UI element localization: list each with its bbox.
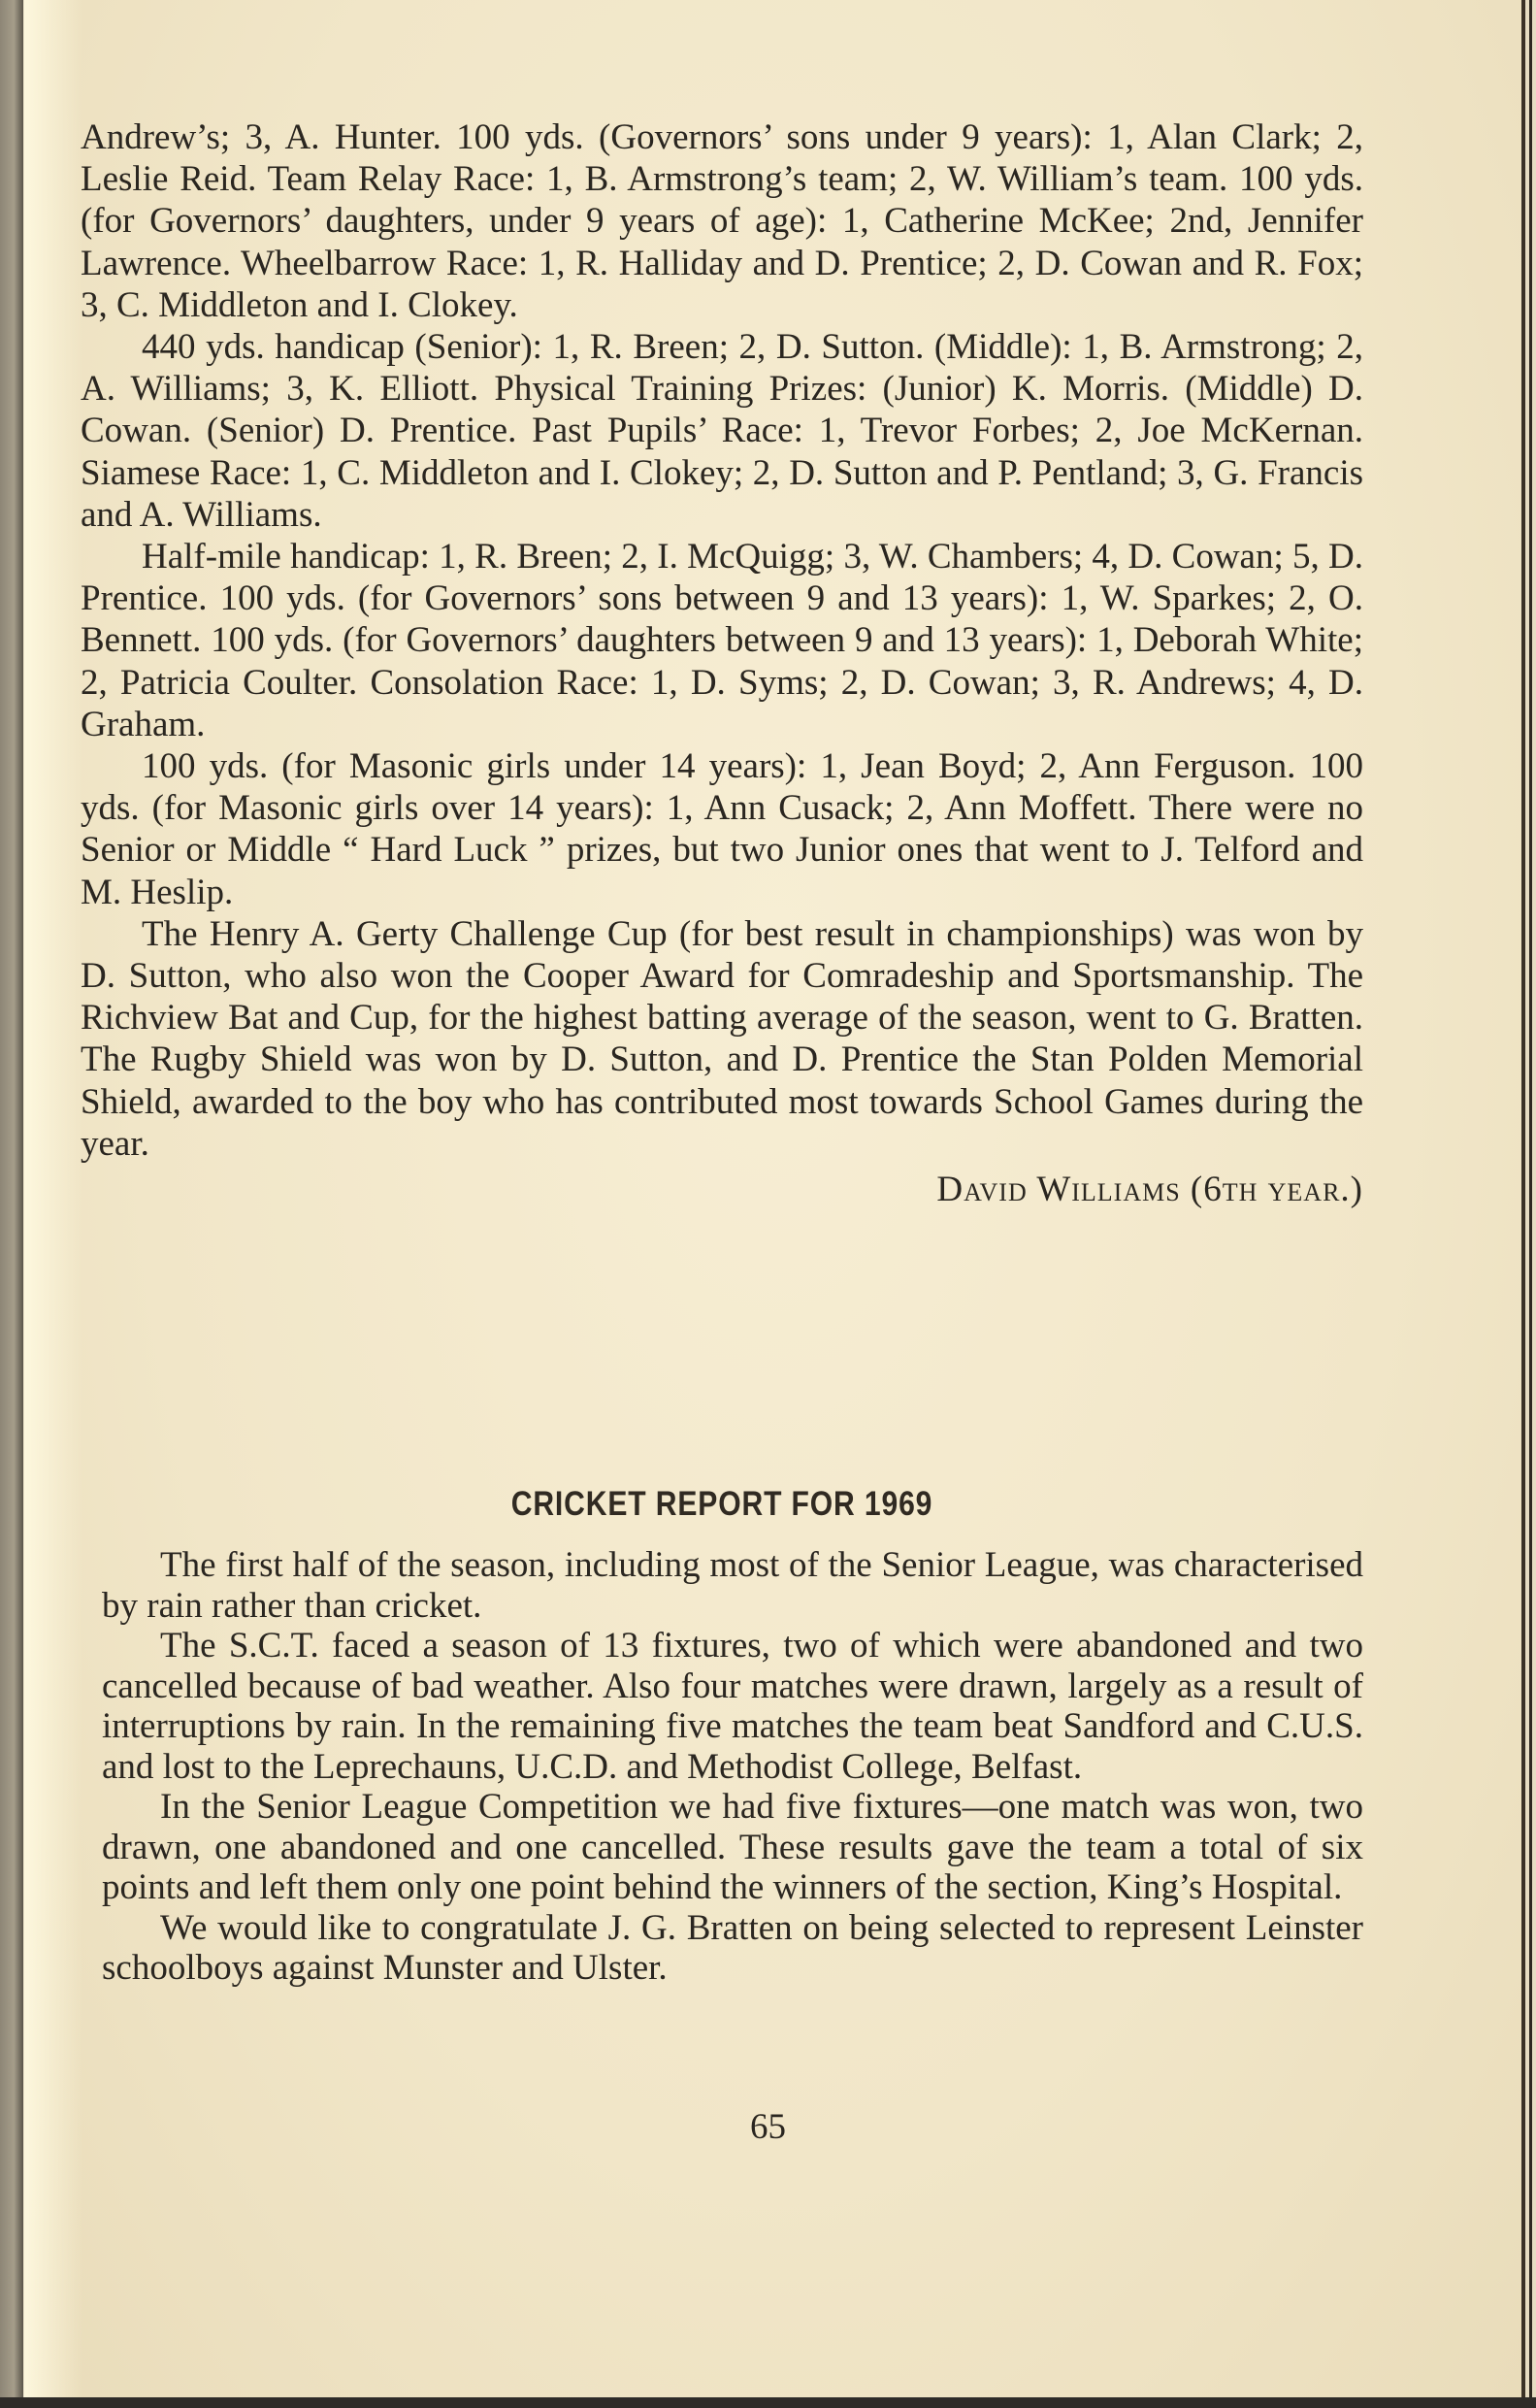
- cricket-report: The first half of the season, including …: [102, 1545, 1363, 1989]
- paragraph-cricket-2: The S.C.T. faced a season of 13 fixtures…: [102, 1626, 1363, 1787]
- page-right-edge-line-outer: [1529, 0, 1532, 2408]
- paragraph-athletics-results-4: 100 yds. (for Masonic girls under 14 yea…: [81, 745, 1363, 913]
- paragraph-athletics-results-1: Andrew’s; 3, A. Hunter. 100 yds. (Govern…: [81, 116, 1363, 326]
- paragraph-cricket-3: In the Senior League Competition we had …: [102, 1787, 1363, 1908]
- paragraph-cricket-1: The first half of the season, including …: [102, 1545, 1363, 1626]
- author-signature: David Williams (6th year.): [81, 1169, 1363, 1210]
- paragraph-athletics-results-2: 440 yds. handicap (Senior): 1, R. Breen;…: [81, 326, 1363, 536]
- athletics-report: Andrew’s; 3, A. Hunter. 100 yds. (Govern…: [81, 116, 1363, 1210]
- page-number: 65: [0, 2106, 1536, 2148]
- paragraph-athletics-results-3: Half-mile handicap: 1, R. Breen; 2, I. M…: [81, 536, 1363, 745]
- paragraph-cricket-4: We would like to congratulate J. G. Brat…: [102, 1908, 1363, 1989]
- page-gutter-highlight: [24, 0, 82, 2397]
- paragraph-awards: The Henry A. Gerty Challenge Cup (for be…: [81, 913, 1363, 1165]
- section-heading-cricket: CRICKET REPORT FOR 1969: [171, 1485, 1274, 1524]
- book-binding-edge: [0, 0, 23, 2408]
- page-bottom-edge: [0, 2397, 1536, 2408]
